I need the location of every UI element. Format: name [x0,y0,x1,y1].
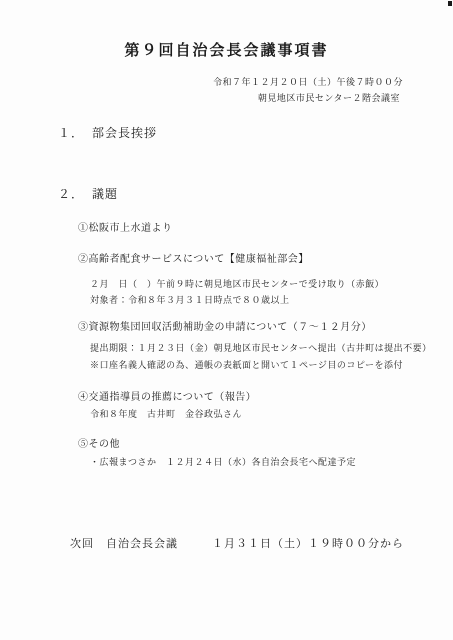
scanned-agenda-document: 第９回自治会長会議事項書 令和７年１２月２０日（土）午後７時００分 朝見地区市民… [0,0,453,640]
next-meeting-notice: 次回 自治会長会議１月３１日（土）１９時００分から [70,538,404,552]
agenda-item-5-detail-1: ・広報まつさか １２月２４日（水）各自治会長宅へ配達予定 [90,457,356,468]
section-number: ２． [58,187,84,201]
agenda-item-2-detail-1: ２月 日（ ）午前９時に朝見地区市民センターで受け取り（赤飯） [90,279,384,290]
agenda-item-1: ①松阪市上水道より [78,223,173,236]
agenda-item-4-detail-1: 令和８年度 古井町 金谷政弘さん [90,409,242,420]
next-meeting-datetime: １月３１日（土）１９時００分から [212,538,404,550]
agenda-item-marker: ② [78,254,89,265]
agenda-item-marker: ① [78,223,89,234]
section-number: １． [58,126,84,140]
agenda-item-title: その他 [89,439,121,450]
meeting-datetime: 令和７年１２月２０日（土）午後７時００分 [213,77,403,88]
agenda-item-2-detail-2: 対象者：令和８年３月３１日時点で８０歳以上 [90,295,290,306]
agenda-item-3-detail-1: 提出期限：１月２３日（金）朝見地区市民センターへ提出（古井町は提出不要） [90,343,432,354]
agenda-item-title: 高齢者配食サービスについて【健康福祉部会】 [89,254,309,265]
next-meeting-label: 次回 自治会長会議 [70,538,178,550]
document-title: 第９回自治会長会議事項書 [0,42,453,61]
agenda-item-marker: ③ [78,322,89,333]
agenda-item-2: ②高齢者配食サービスについて【健康福祉部会】 [78,254,309,267]
meeting-location: 朝見地区市民センター２階会議室 [258,93,400,104]
agenda-item-3-detail-2: ※口座名義人確認の為、通帳の表紙面と開いて１ページ目のコピーを添付 [90,360,403,371]
agenda-item-3: ③資源物集団回収活動補助金の申請について（７～１２月分） [78,322,372,335]
agenda-item-title: 交通指導員の推薦について（報告） [89,392,257,403]
section-heading-topics: ２．議題 [58,187,118,202]
agenda-item-marker: ⑤ [78,439,89,450]
scan-artifact-mark [448,1,452,6]
agenda-item-marker: ④ [78,392,89,403]
agenda-item-4: ④交通指導員の推薦について（報告） [78,392,256,405]
section-label: 部会長挨拶 [92,126,157,140]
agenda-item-title: 松阪市上水道より [89,223,173,234]
agenda-item-title: 資源物集団回収活動補助金の申請について（７～１２月分） [89,322,372,333]
section-label: 議題 [92,187,118,201]
section-heading-greeting: １．部会長挨拶 [58,126,157,141]
agenda-item-5: ⑤その他 [78,439,120,452]
